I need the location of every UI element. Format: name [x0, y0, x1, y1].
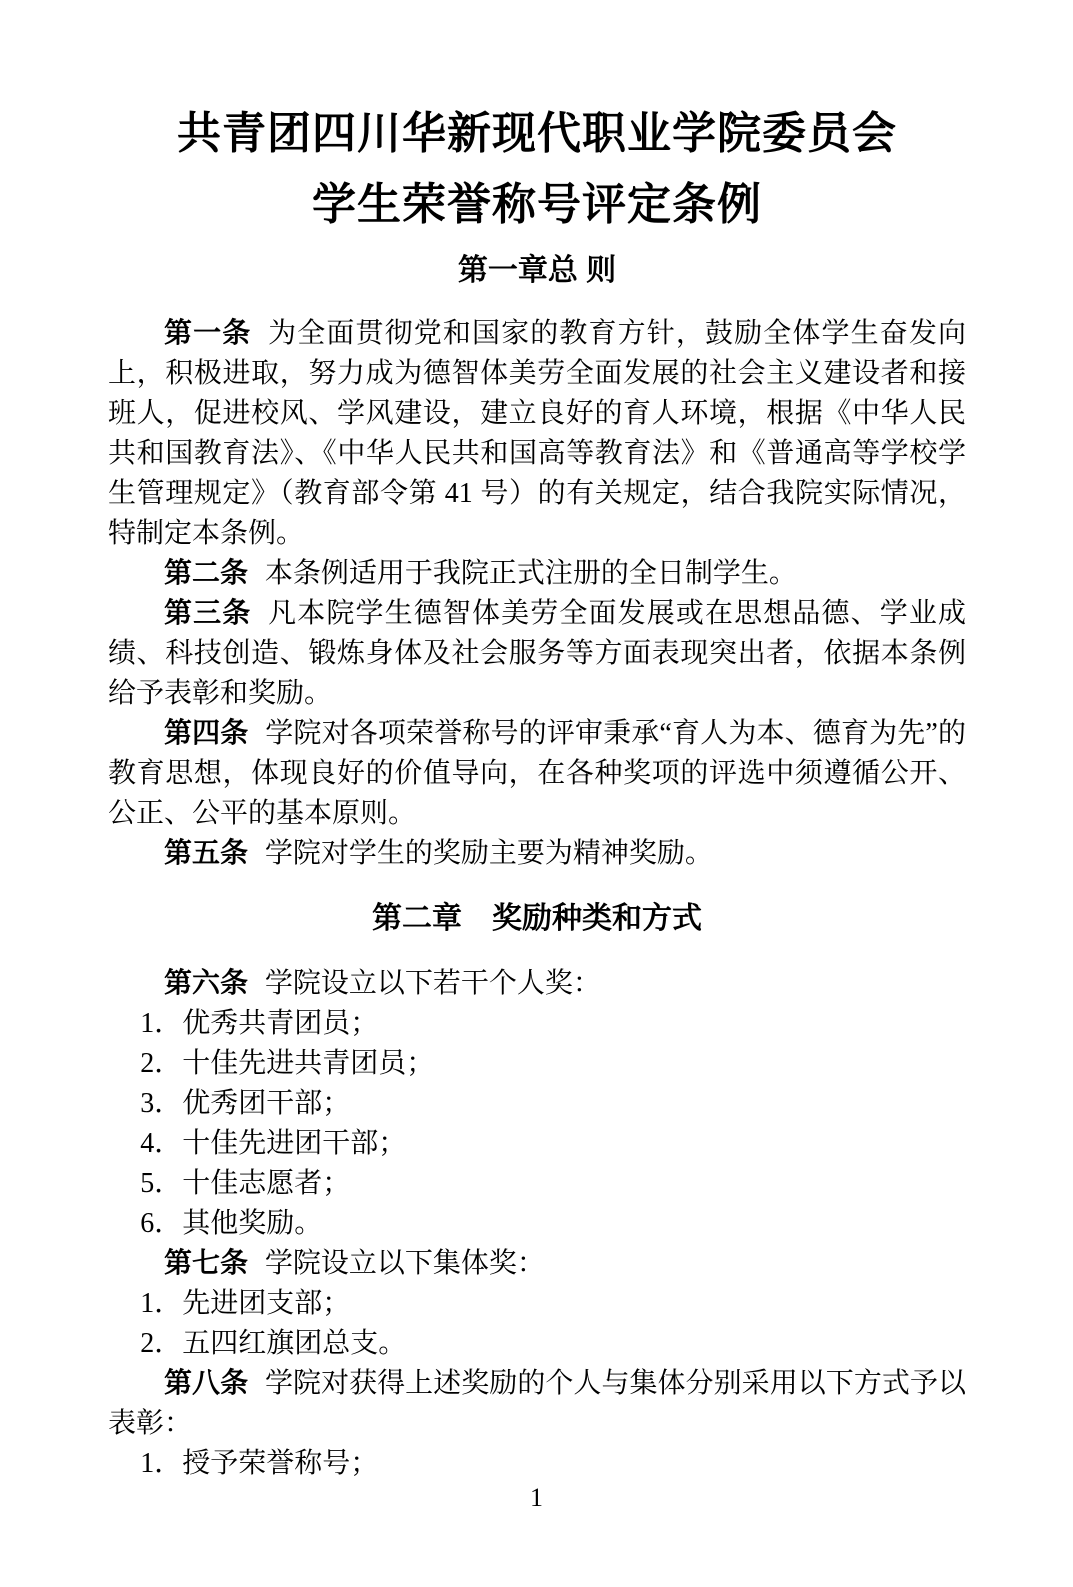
- commendation-method-item-1: 1．授予荣誉称号；: [108, 1444, 966, 1484]
- chapter1-heading: 第一章总 则: [108, 250, 966, 292]
- document-page: 共青团四川华新现代职业学院委员会 学生荣誉称号评定条例 第一章总 则 第一条为全…: [0, 0, 1073, 1587]
- article-5: 第五条学院对学生的奖励主要为精神奖励。: [108, 834, 966, 874]
- article-6: 第六条学院设立以下若干个人奖：: [108, 964, 966, 1004]
- article-8-label: 第八条: [164, 1368, 248, 1399]
- article-2-label: 第二条: [164, 558, 248, 589]
- article-3: 第三条凡本院学生德智体美劳全面发展或在思想品德、学业成绩、科技创造、锻炼身体及社…: [108, 594, 966, 714]
- article-2: 第二条本条例适用于我院正式注册的全日制学生。: [108, 554, 966, 594]
- chapter2-heading: 第二章 奖励种类和方式: [108, 898, 966, 940]
- document-title: 共青团四川华新现代职业学院委员会 学生荣誉称号评定条例: [108, 98, 966, 240]
- individual-award-item-4: 4．十佳先进团干部；: [108, 1124, 966, 1164]
- article-1-label: 第一条: [164, 318, 251, 349]
- article-7-label: 第七条: [164, 1248, 248, 1279]
- article-6-label: 第六条: [164, 968, 248, 999]
- article-4: 第四条学院对各项荣誉称号的评审秉承“育人为本、德育为先”的教育思想，体现良好的价…: [108, 714, 966, 834]
- article-7-text: 学院设立以下集体奖：: [265, 1248, 545, 1279]
- article-6-text: 学院设立以下若干个人奖：: [265, 968, 601, 999]
- document-title-line1: 共青团四川华新现代职业学院委员会: [177, 109, 897, 158]
- document-body: 第一条为全面贯彻党和国家的教育方针，鼓励全体学生奋发向上，积极进取，努力成为德智…: [108, 314, 966, 1484]
- individual-award-item-2: 2．十佳先进共青团员；: [108, 1044, 966, 1084]
- collective-award-item-1: 1．先进团支部；: [108, 1284, 966, 1324]
- collective-award-item-2: 2．五四红旗团总支。: [108, 1324, 966, 1364]
- individual-award-item-1: 1．优秀共青团员；: [108, 1004, 966, 1044]
- page-number: 1: [0, 1483, 1073, 1513]
- article-5-label: 第五条: [164, 838, 248, 869]
- individual-award-item-6: 6．其他奖励。: [108, 1204, 966, 1244]
- article-7: 第七条学院设立以下集体奖：: [108, 1244, 966, 1284]
- article-5-text: 学院对学生的奖励主要为精神奖励。: [265, 838, 713, 869]
- article-4-label: 第四条: [164, 718, 248, 749]
- document-title-line2: 学生荣誉称号评定条例: [312, 180, 762, 229]
- individual-award-item-3: 3．优秀团干部；: [108, 1084, 966, 1124]
- article-3-label: 第三条: [164, 598, 251, 629]
- article-2-text: 本条例适用于我院正式注册的全日制学生。: [265, 558, 797, 589]
- article-8: 第八条学院对获得上述奖励的个人与集体分别采用以下方式予以表彰：: [108, 1364, 966, 1444]
- article-1: 第一条为全面贯彻党和国家的教育方针，鼓励全体学生奋发向上，积极进取，努力成为德智…: [108, 314, 966, 554]
- individual-award-item-5: 5．十佳志愿者；: [108, 1164, 966, 1204]
- article-1-text: 为全面贯彻党和国家的教育方针，鼓励全体学生奋发向上，积极进取，努力成为德智体美劳…: [108, 318, 966, 549]
